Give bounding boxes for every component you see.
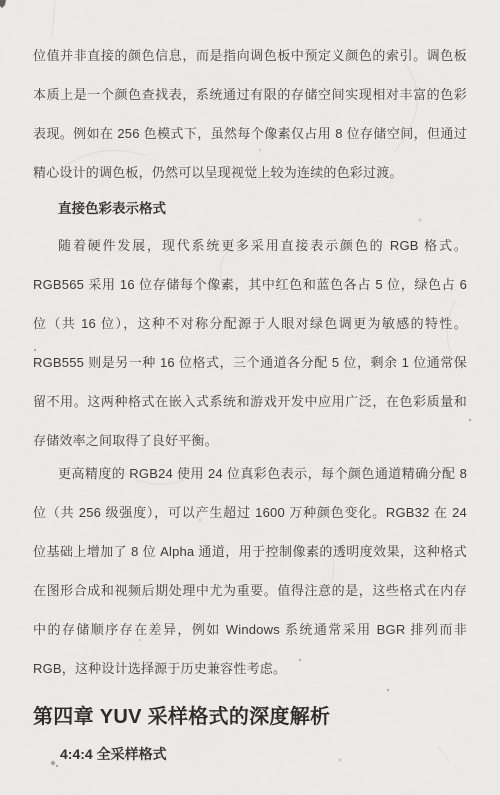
chapter-heading: 第四章 YUV 采样格式的深度解析 [33, 696, 467, 738]
subsection-heading: 4:4:4 全采样格式 [60, 738, 467, 770]
section-heading: 直接色彩表示格式 [58, 192, 467, 226]
page-content: 位值并非直接的颜色信息，而是指向调色板中预定义颜色的索引。调色板本质上是一个颜色… [0, 0, 500, 770]
document-page: 位值并非直接的颜色信息，而是指向调色板中预定义颜色的索引。调色板本质上是一个颜色… [0, 0, 500, 795]
paragraph: 随着硬件发展，现代系统更多采用直接表示颜色的 RGB 格式。RGB565 采用 … [33, 226, 467, 460]
paragraph-continuation: 位值并非直接的颜色信息，而是指向调色板中预定义颜色的索引。调色板本质上是一个颜色… [33, 36, 467, 192]
paragraph: 更高精度的 RGB24 使用 24 位真彩色表示，每个颜色通道精确分配 8 位（… [33, 454, 467, 688]
